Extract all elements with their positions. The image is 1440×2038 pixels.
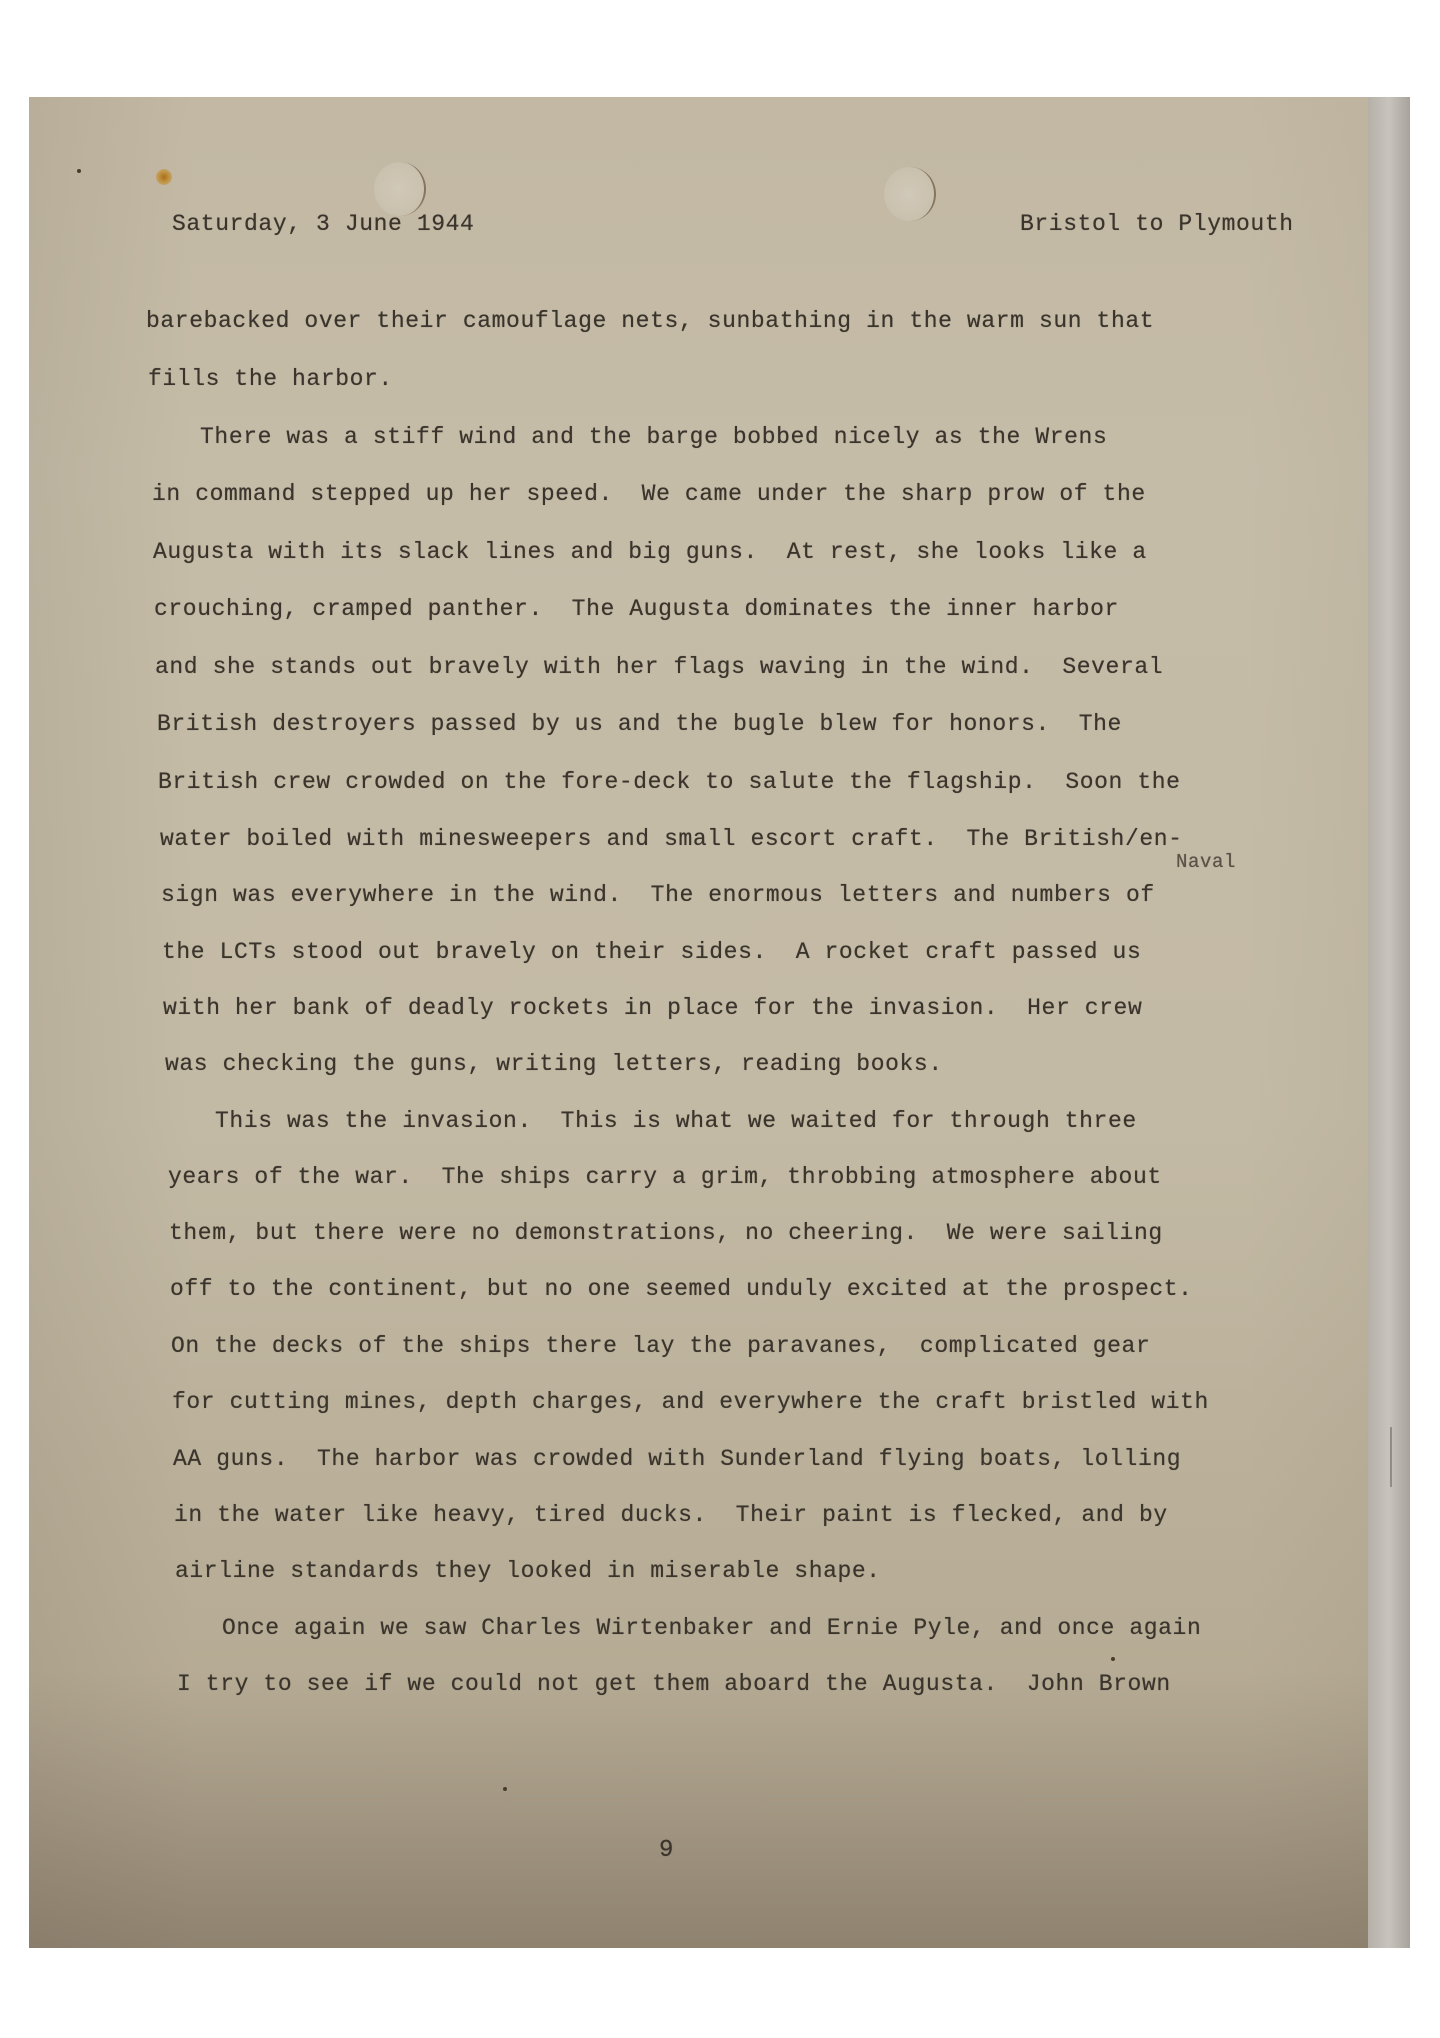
text-line: sign was everywhere in the wind. The eno… [161, 882, 1155, 908]
text-line: On the decks of the ships there lay the … [171, 1333, 1150, 1359]
header-date: Saturday, 3 June 1944 [172, 211, 474, 237]
speck [77, 169, 81, 173]
text-line: This was the invasion. This is what we w… [143, 1108, 1137, 1134]
text-line: Augusta with its slack lines and big gun… [153, 539, 1147, 565]
page-number: 9 [659, 1837, 674, 1864]
text-line: in the water like heavy, tired ducks. Th… [174, 1502, 1168, 1528]
page-edge-strip [1368, 97, 1410, 1948]
text-line: I try to see if we could not get them ab… [177, 1671, 1171, 1697]
text-line: AA guns. The harbor was crowded with Sun… [173, 1446, 1181, 1472]
text-line: in command stepped up her speed. We came… [152, 481, 1146, 507]
document-photo: Saturday, 3 June 1944 Bristol to Plymout… [29, 97, 1410, 1948]
punch-hole-left [374, 162, 426, 216]
text-line: off to the continent, but no one seemed … [170, 1276, 1193, 1302]
speck [1111, 1657, 1115, 1661]
speck [503, 1787, 507, 1791]
text-line: them, but there were no demonstrations, … [169, 1220, 1163, 1246]
interlinear-annotation: Naval [1176, 851, 1236, 873]
text-line: British destroyers passed by us and the … [157, 711, 1122, 737]
text-line: and she stands out bravely with her flag… [155, 654, 1163, 680]
edge-mark [1390, 1427, 1402, 1487]
text-line: airline standards they looked in miserab… [175, 1558, 881, 1584]
text-line: was checking the guns, writing letters, … [165, 1051, 943, 1077]
text-line: the LCTs stood out bravely on their side… [162, 939, 1141, 965]
text-line: fills the harbor. [148, 366, 393, 392]
text-line: barebacked over their camouflage nets, s… [146, 308, 1154, 334]
text-line: crouching, cramped panther. The Augusta … [154, 596, 1119, 622]
text-line: water boiled with minesweepers and small… [160, 826, 1183, 852]
rust-stain [156, 169, 172, 185]
text-line: for cutting mines, depth charges, and ev… [172, 1389, 1209, 1415]
text-line: There was a stiff wind and the barge bob… [128, 424, 1107, 450]
text-line: with her bank of deadly rockets in place… [163, 995, 1142, 1021]
punch-hole-right [884, 167, 936, 221]
header-location: Bristol to Plymouth [1020, 211, 1294, 237]
text-line: Once again we saw Charles Wirtenbaker an… [150, 1615, 1201, 1641]
text-line: British crew crowded on the fore-deck to… [158, 769, 1181, 795]
text-line: years of the war. The ships carry a grim… [168, 1164, 1162, 1190]
